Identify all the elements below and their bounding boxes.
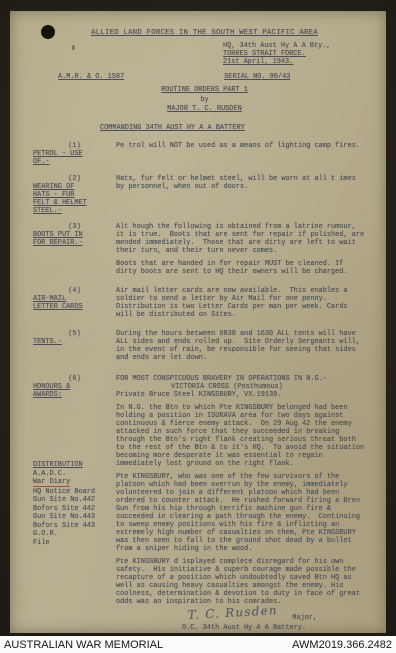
scan-background: ALLIED LAND FORCES IN THE SOUTH WEST PAC… — [0, 0, 396, 653]
order-paragraph: During the hours between 0830 and 1630 A… — [116, 330, 368, 362]
order-paragraph: Pte KINGSBURY d isplayed complete disreg… — [116, 558, 368, 606]
order-label: BOOTS PUT IN FOR REPAIR.- — [33, 231, 116, 247]
award-subheading: VICTORIA CROSS (Posthumous) — [116, 383, 338, 391]
order-item-1: (1) PETROL - USE OF.- Pe trol will NOT b… — [33, 142, 376, 166]
award-heading: FOR MOST CONSPICUOUS BRAVERY IN OPERATIO… — [116, 375, 368, 383]
order-label: PETROL - USE OF.- — [33, 150, 116, 166]
signature-unit: O.C. 34th Aust Hy A A Battery. — [182, 624, 368, 632]
archive-id: AWM2019.366.2482 — [292, 639, 392, 651]
hq-line-1: HQ, 34th Aust Hy A A Bty., — [223, 42, 376, 50]
distribution-title: DISTRIBUTION — [33, 461, 95, 469]
distribution-item: HQ Notice Board — [33, 488, 95, 496]
orders-title: ROUTINE ORDERS PART 1 — [33, 86, 376, 94]
distribution-item: Bofors Site 443 — [33, 522, 95, 530]
byline: by — [33, 96, 376, 104]
distribution-list: DISTRIBUTION A.A.D.C. War Diary HQ Notic… — [33, 461, 95, 547]
order-side-1: (1) PETROL - USE OF.- — [33, 142, 116, 166]
order-number: (2) — [33, 175, 116, 183]
order-item-4: (4) AIR-MAIL LETTER CARDS Air mail lette… — [33, 287, 376, 324]
signature-block: T. C. Rusden Major, — [188, 611, 368, 624]
order-item-2: (2) WEARING OF HATS - FUR FELT & HELMET … — [33, 175, 376, 215]
distribution-item: Gun Site No.443 — [33, 513, 95, 521]
order-label: WEARING OF HATS - FUR FELT & HELMET STEE… — [33, 183, 116, 215]
order-side-4: (4) AIR-MAIL LETTER CARDS — [33, 287, 116, 311]
order-body-2: Hats, fur felt or helmet steel, will be … — [116, 175, 376, 196]
order-label: AIR-MAIL LETTER CARDS — [33, 295, 116, 311]
distribution-item: Bofors Site 442 — [33, 505, 95, 513]
order-body-3: Alt hough the following is obtained from… — [116, 223, 376, 281]
award-recipient: Private Bruce Steel KINGSBURY, VX.19139. — [116, 391, 368, 399]
order-number: (6) — [33, 375, 116, 383]
distribution-item: A.A.D.C. — [33, 470, 95, 478]
order-paragraph: Pe trol will NOT be used as a means of l… — [116, 142, 368, 150]
document-paper: ALLIED LAND FORCES IN THE SOUTH WEST PAC… — [10, 11, 386, 633]
signature-rank: Major, — [292, 614, 317, 622]
document-title: ALLIED LAND FORCES IN THE SOUTH WEST PAC… — [33, 29, 376, 37]
order-paragraph: Boots that are handed in for repair MUST… — [116, 260, 368, 276]
order-side-5: (5) TENTS.- — [33, 330, 116, 346]
order-side-3: (3) BOOTS PUT IN FOR REPAIR.- — [33, 223, 116, 247]
distribution-item: War Diary — [33, 478, 95, 487]
officer-name: MAJOR T. C. RUSDEN — [33, 105, 376, 113]
order-paragraph: Alt hough the following is obtained from… — [116, 223, 368, 255]
archive-name: AUSTRALIAN WAR MEMORIAL — [4, 639, 163, 651]
hq-line-2: TORRES STRAIT FORCE. — [223, 50, 376, 58]
order-number: (5) — [33, 330, 116, 338]
order-body-1: Pe trol will NOT be used as a means of l… — [116, 142, 376, 155]
order-paragraph: In N.G. the Btn to which Pte KINGSBURY b… — [116, 404, 368, 468]
order-item-3: (3) BOOTS PUT IN FOR REPAIR.- Alt hough … — [33, 223, 376, 281]
order-side-2: (2) WEARING OF HATS - FUR FELT & HELMET … — [33, 175, 116, 215]
order-paragraph: Air mail letter cards are now available.… — [116, 287, 368, 319]
order-number: (1) — [33, 142, 116, 150]
order-body-4: Air mail letter cards are now available.… — [116, 287, 376, 324]
handwritten-signature: T. C. Rusden — [188, 606, 278, 619]
order-side-6: (6) HONOURS & AWARDS: — [33, 375, 116, 399]
order-label: HONOURS & AWARDS: — [33, 383, 116, 399]
distribution-item-war-diary: War Diary — [33, 479, 70, 487]
order-number: (4) — [33, 287, 116, 295]
hq-address-block: HQ, 34th Aust Hy A A Bty., TORRES STRAIT… — [223, 42, 376, 66]
footer-bar: AUSTRALIAN WAR MEMORIAL AWM2019.366.2482 — [0, 636, 396, 653]
order-body-6: FOR MOST CONSPICUOUS BRAVERY IN OPERATIO… — [116, 375, 376, 632]
distribution-item: Gun Site No.442 — [33, 496, 95, 504]
order-item-5: (5) TENTS.- During the hours between 083… — [33, 330, 376, 367]
distribution-item: File — [33, 539, 95, 547]
commanding-line: COMMANDING 34TH AUST HY A A BATTERY — [100, 124, 376, 132]
amro-reference: A.M.R. & O. 1587 — [58, 73, 124, 81]
order-paragraph: Pte KINGSBURY, who was one of the few su… — [116, 473, 368, 553]
order-number: (3) — [33, 223, 116, 231]
order-label: TENTS.- — [33, 338, 116, 346]
order-paragraph: Hats, fur felt or helmet steel, will be … — [116, 175, 368, 191]
orders-heading-block: ROUTINE ORDERS PART 1 by MAJOR T. C. RUS… — [33, 86, 376, 113]
reference-row: A.M.R. & O. 1587 SERIAL NO. 90/43 — [33, 73, 376, 81]
hq-line-3: 21st April, 1943. — [223, 58, 376, 66]
serial-number: SERIAL NO. 90/43 — [224, 73, 290, 81]
order-body-5: During the hours between 0830 and 1630 A… — [116, 330, 376, 367]
distribution-item: G.O.R. — [33, 530, 95, 538]
